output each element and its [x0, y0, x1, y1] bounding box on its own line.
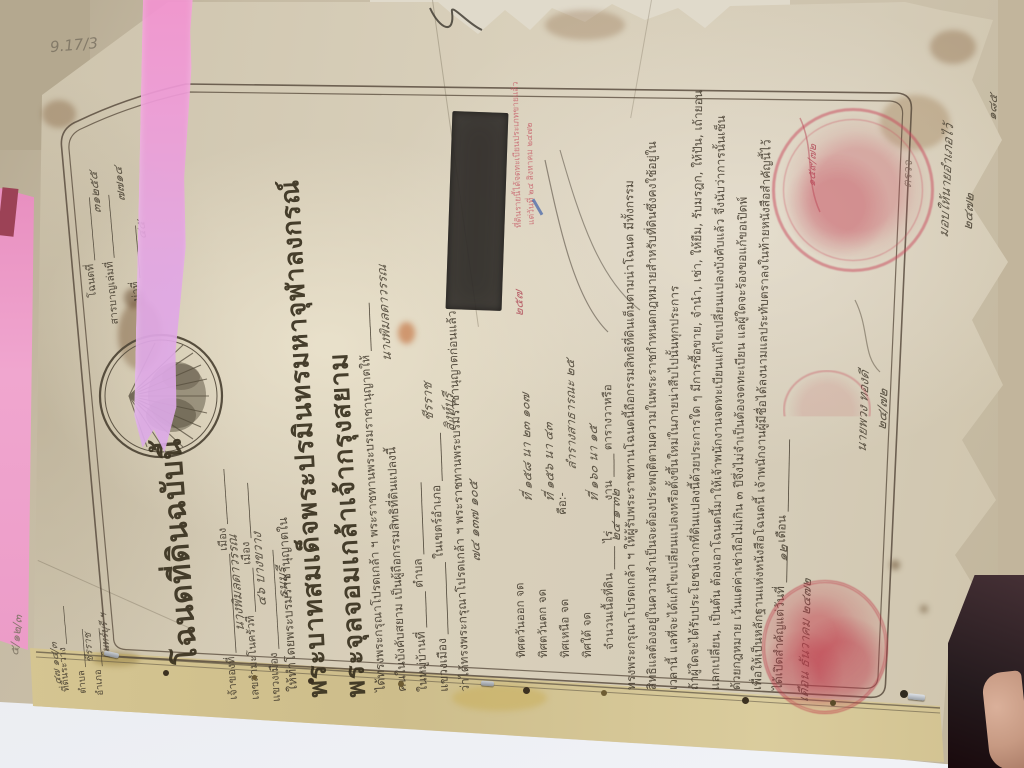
- ink-squiggle-top: [430, 8, 482, 30]
- condition-date-number: ๑๒: [777, 500, 792, 563]
- staple: [481, 681, 494, 687]
- punch-hole: [308, 678, 314, 684]
- condition-line-3: เวลานี้ แลที่จะได้แก้ไขเปลี่ยนแปลงหรือตั…: [667, 130, 681, 690]
- punch-hole: [900, 690, 908, 698]
- punch-hole: [523, 687, 530, 694]
- punch-hole: [742, 697, 749, 704]
- condition-line-1: ทรงพระกรุณาโปรดเกล้า ฯ ให้ผู้รับพระราชทา…: [623, 130, 637, 690]
- punch-hole: [252, 675, 257, 680]
- punch-hole: [601, 690, 607, 696]
- boundary-north-label: ทิศเหนือ จด: [558, 508, 572, 658]
- boundary-south-label: ทิศใต้ จด: [580, 508, 594, 658]
- khue-label: คือ:-: [556, 470, 569, 515]
- stamp-inner-ring: [783, 119, 923, 261]
- punch-hole: [830, 700, 836, 706]
- condition-line-2: สิทธิแลต้องอยู่ในความจำเป็นจะต้องประพฤติ…: [646, 130, 658, 690]
- red-round-stamp-bottom: [762, 580, 888, 714]
- signature-stroke: [545, 160, 608, 332]
- red-round-stamp-top: [772, 108, 934, 272]
- redaction-bar: [446, 111, 509, 311]
- punch-hole: [398, 681, 404, 687]
- area-value: ๒๔ ๑ ๓๒: [608, 280, 624, 543]
- punch-hole: [163, 670, 169, 676]
- photo-of-land-deed: { "annotations": { "code": "9.17/3", "fr…: [0, 0, 1024, 768]
